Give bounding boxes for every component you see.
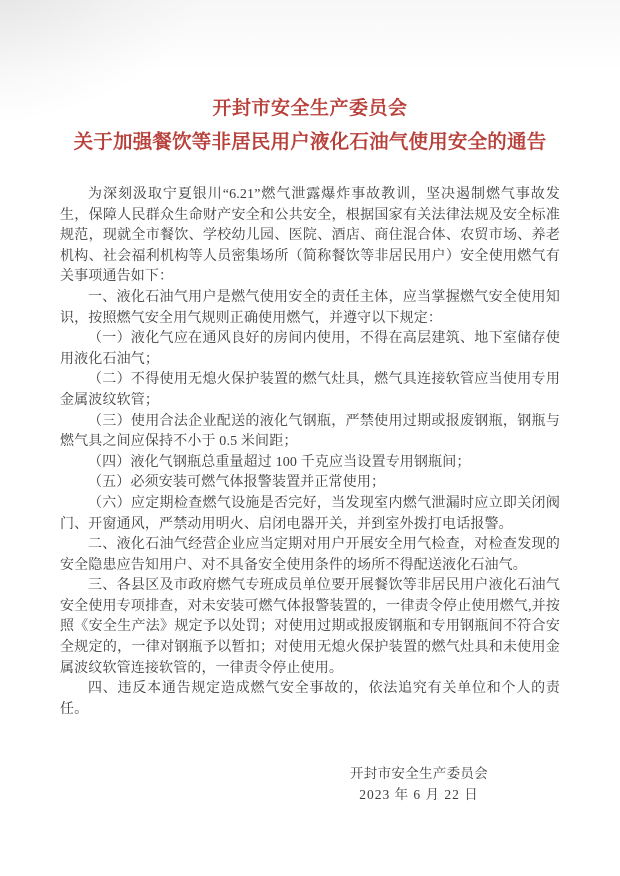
paragraph-item-1-2: （二）不得使用无熄火保护装置的燃气灶具，燃气具连接软管应当使用专用金属波纹软管；: [60, 370, 560, 411]
document-header: 开封市安全生产委员会 关于加强餐饮等非居民用户液化石油气使用安全的通告: [60, 0, 560, 154]
paragraph-item-1-3: （三）使用合法企业配送的液化气钢瓶，严禁使用过期或报废钢瓶，钢瓶与燃气具之间应保…: [60, 412, 560, 453]
paragraph-item-2: 二、液化石油气经营企业应当定期对用户开展安全用气检查，对检查发现的安全隐患应告知…: [60, 535, 560, 576]
paragraph-item-1-6: （六）应定期检查燃气设施是否完好，当发现室内燃气泄漏时应立即关闭阀门、开窗通风，…: [60, 494, 560, 535]
paragraph-item-3: 三、各县区及市政府燃气专班成员单位要开展餐饮等非居民用户液化石油气安全使用专项排…: [60, 576, 560, 679]
org-title: 开封市安全生产委员会: [60, 98, 560, 120]
paragraph-item-1-5: （五）必须安装可燃气体报警装置并正常使用；: [60, 473, 560, 494]
signature-org: 开封市安全生产委员会: [350, 764, 488, 784]
document-body: 为深刻汲取宁夏银川“6.21”燃气泄露爆炸事故教训，坚决遏制燃气事故发生，保障人…: [60, 185, 560, 720]
doc-title: 关于加强餐饮等非居民用户液化石油气使用安全的通告: [60, 131, 560, 154]
paragraph-item-1-4: （四）液化气钢瓶总重量超过 100 千克应当设置专用钢瓶间；: [60, 453, 560, 474]
paragraph-item-1-1: （一）液化气应在通风良好的房间内使用，不得在高层建筑、地下室储存使用液化石油气；: [60, 329, 560, 370]
signature-block: 开封市安全生产委员会 2023 年 6 月 22 日: [350, 764, 488, 806]
document-page: 开封市安全生产委员会 关于加强餐饮等非居民用户液化石油气使用安全的通告 为深刻汲…: [0, 0, 620, 876]
paragraph-item-4: 四、违反本通告规定造成燃气安全事故的，依法追究有关单位和个人的责任。: [60, 679, 560, 720]
paragraph-item-1: 一、液化石油气用户是燃气使用安全的责任主体，应当掌握燃气安全使用知识，按照燃气安…: [60, 288, 560, 329]
paragraph-intro: 为深刻汲取宁夏银川“6.21”燃气泄露爆炸事故教训，坚决遏制燃气事故发生，保障人…: [60, 185, 560, 288]
signature-date: 2023 年 6 月 22 日: [350, 784, 488, 806]
